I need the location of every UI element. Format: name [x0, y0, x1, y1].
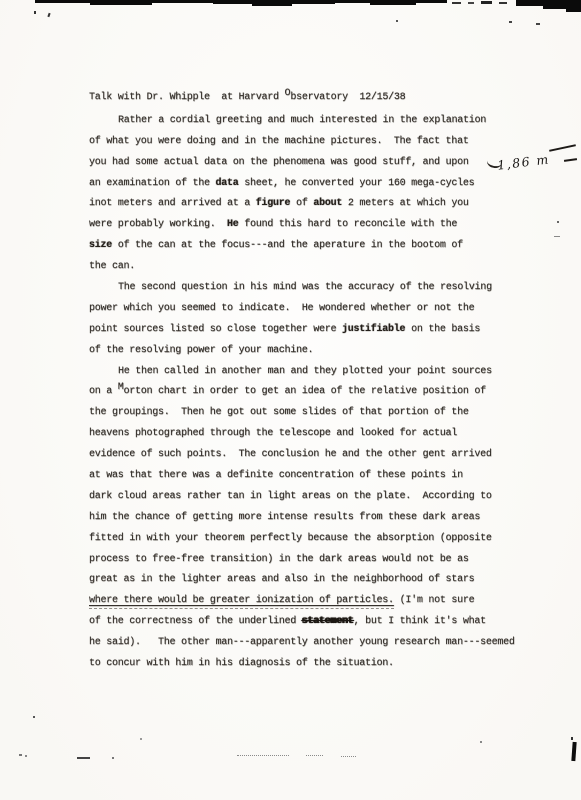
ink-speck: [571, 737, 573, 740]
typewriter-text: Talk with Dr. Whipple at Harvard: [89, 92, 285, 103]
typewriter-text: process to free-free transition) in the …: [89, 554, 469, 565]
typewriter-text: an examination of the: [89, 178, 216, 189]
text-line: the groupings. Then he got out some slid…: [89, 403, 559, 424]
typewriter-text: about: [313, 198, 342, 209]
scan-dotted-line: [341, 756, 356, 757]
typewriter-text: orton chart in order to get an idea of t…: [124, 386, 486, 397]
ink-speck: [47, 13, 50, 17]
typewriter-text: sheet, he converted your 160 mega-cycles: [239, 178, 475, 189]
ink-speck: [33, 716, 35, 718]
typewriter-text: the groupings. Then he got out some slid…: [89, 407, 469, 418]
ink-speck: [536, 23, 540, 25]
ink-speck: [34, 11, 36, 14]
ink-speck: [480, 741, 482, 743]
underlined-text: where there would be greater ionization …: [89, 595, 394, 609]
typewriter-text: He then called in another man and they p…: [118, 366, 492, 377]
typewriter-text: you had some actual data on the phenomen…: [89, 157, 469, 168]
typewriter-text: size: [89, 240, 112, 251]
text-line: size of the can at the focus---and the a…: [89, 236, 559, 257]
typewriter-text: heavens photographed through the telesco…: [89, 428, 457, 439]
typewriter-text: dark cloud areas rather tan in light are…: [89, 491, 492, 502]
ink-speck: [396, 20, 398, 22]
ink-speck: [112, 757, 114, 759]
typewriter-text: on a: [89, 386, 118, 397]
typewriter-text: M: [118, 382, 124, 393]
struck-text: statement: [302, 616, 354, 627]
text-line: power which you seemed to indicate. He w…: [89, 299, 559, 320]
typewriter-text: fitted in with your theorem perfectly be…: [89, 533, 492, 544]
text-line: at was that there was a definite concent…: [89, 466, 559, 487]
typewriter-text: great as in the lighter areas and also i…: [89, 574, 474, 585]
scan-edge-strip: [370, 0, 416, 5]
text-line: he said). The other man---apparently ano…: [89, 633, 559, 654]
typewriter-text: he said). The other man---apparently ano…: [89, 637, 515, 648]
typewriter-text: found this hard to reconcile with the: [239, 219, 458, 230]
typewriter-text: 2 meters at which you: [342, 198, 469, 209]
text-line: on a Morton chart in order to get an ide…: [89, 382, 559, 403]
text-line: dark cloud areas rather tan in light are…: [89, 487, 559, 508]
typewriter-text: to concur with him in his diagnosis of t…: [89, 658, 394, 669]
scan-edge-strip: [90, 0, 152, 5]
text-line: fitted in with your theorem perfectly be…: [89, 529, 559, 550]
typewriter-text: evidence of such points. The conclusion …: [89, 449, 492, 460]
ink-smudge: [77, 757, 90, 759]
scan-edge-dash: [468, 2, 474, 4]
ink-speck: [19, 754, 22, 756]
ink-speck: [140, 738, 142, 740]
scan-edge-strip: [252, 1, 292, 6]
scan-dotted-line: [237, 755, 289, 756]
text-line: an examination of the data sheet, he con…: [89, 174, 559, 195]
text-line: process to free-free transition) in the …: [89, 550, 559, 571]
text-line: heavens photographed through the telesco…: [89, 424, 559, 445]
typewriter-text: were probably working.: [89, 219, 227, 230]
text-line: him the chance of getting more intense r…: [89, 508, 559, 529]
typewriter-text: data: [216, 178, 239, 189]
typewriter-text: the can.: [89, 261, 135, 272]
typewriter-text: The second question in his mind was the …: [118, 282, 492, 293]
text-line: to concur with him in his diagnosis of t…: [89, 654, 559, 675]
typewriter-text: of: [290, 198, 313, 209]
scan-edge-dash: [481, 1, 492, 4]
typewriter-text: on the basis: [405, 324, 480, 335]
scan-edge-dash: [499, 2, 507, 4]
typewriter-text: , but I think it's what: [354, 616, 486, 627]
typewriter-text: bservatory 12/15/38: [290, 92, 405, 103]
text-line: of what you were doing and in the machin…: [89, 132, 559, 153]
typewriter-text: figure: [256, 198, 291, 209]
typewritten-text: Talk with Dr. Whipple at Harvard Observa…: [89, 88, 559, 675]
text-line: He then called in another man and they p…: [89, 362, 559, 383]
ink-speck: [509, 21, 512, 23]
text-line: great as in the lighter areas and also i…: [89, 570, 559, 591]
text-line: evidence of such points. The conclusion …: [89, 445, 559, 466]
text-line: The second question in his mind was the …: [89, 278, 559, 299]
ink-speck: [25, 755, 27, 757]
typewriter-text: at was that there was a definite concent…: [89, 470, 463, 481]
typewriter-text: point sources listed so close together w…: [89, 324, 342, 335]
document-title-line: Talk with Dr. Whipple at Harvard Observa…: [89, 88, 559, 109]
text-line: Rather a cordial greeting and much inter…: [89, 111, 559, 132]
text-line: inot meters and arrived at a figure of a…: [89, 194, 559, 215]
typewriter-text: (I'm not sure: [394, 595, 475, 606]
ink-speck: [557, 221, 559, 223]
typewriter-text: justifiable: [342, 324, 405, 335]
typewriter-text: power which you seemed to indicate. He w…: [89, 303, 474, 314]
typewriter-text: Rather a cordial greeting and much inter…: [118, 115, 486, 126]
ink-speck: [554, 236, 560, 237]
text-line: of the correctness of the underlined sta…: [89, 612, 559, 633]
scanned-page: Talk with Dr. Whipple at Harvard Observa…: [0, 0, 581, 800]
text-line: the can.: [89, 257, 559, 278]
scan-edge-corner: [566, 0, 581, 12]
text-line: were probably working. He found this har…: [89, 215, 559, 236]
typewriter-text: O: [285, 88, 291, 99]
scan-dotted-line: [306, 755, 323, 756]
typewriter-text: of the resolving power of your machine.: [89, 345, 313, 356]
scan-edge-dash: [452, 2, 461, 4]
typewriter-text: of the correctness of the underlined: [89, 616, 302, 627]
scan-edge-mark-bottom-right: [571, 742, 576, 761]
text-line: where there would be greater ionization …: [89, 591, 559, 612]
typewriter-text: inot meters and arrived at a: [89, 198, 256, 209]
typewriter-text: of the can at the focus---and the aperat…: [112, 240, 463, 251]
text-line: point sources listed so close together w…: [89, 320, 559, 341]
typewriter-text: He: [227, 219, 239, 230]
typewriter-text: him the chance of getting more intense r…: [89, 512, 480, 523]
typewriter-text: of what you were doing and in the machin…: [89, 136, 469, 147]
text-line: of the resolving power of your machine.: [89, 341, 559, 362]
